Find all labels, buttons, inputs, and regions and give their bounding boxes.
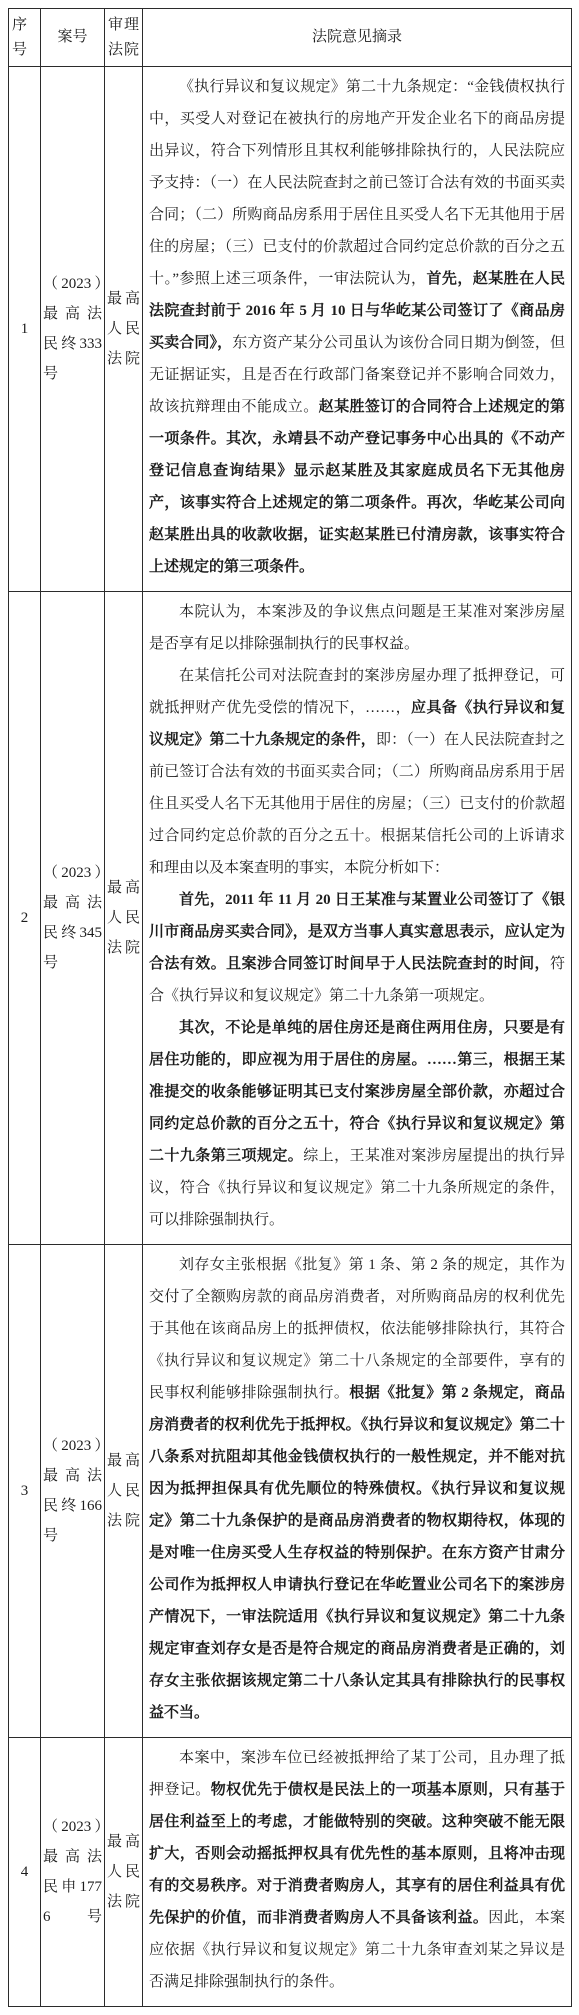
opinion-text: 本院认为，本案涉及的争议焦点问题是王某准对案涉房屋是否享有足以排除强制执行的民事… xyxy=(149,604,565,652)
court-cell: 最高人民法院 xyxy=(105,1245,143,1738)
court-cell: 最高人民法院 xyxy=(105,592,143,1245)
table-row: 3（2023）最高法民终166号最高人民法院刘存女主张根据《批复》第 1 条、第… xyxy=(9,1245,572,1738)
opinion-paragraph: 在某信托公司对法院查封的案涉房屋办理了抵押登记，可就抵押财产优先受偿的情况下，…… xyxy=(149,660,565,884)
opinion-text-bold: 其次，不论是单纯的居住房还是商住两用住房，只要是有居住功能的，即应视为用于居住的… xyxy=(149,1020,565,1164)
opinion-text: 即：（一）在人民法院查封之前已签订合法有效的书面买卖合同；（二）所购商品房系用于… xyxy=(149,732,565,876)
opinion-paragraph: 《执行异议和复议规定》第二十九条规定：“金钱债权执行中，买受人对登记在被执行的房… xyxy=(149,71,565,583)
court-opinions-table: 序号 案号 审理法院 法院意见摘录 1（2023）最高法民终333号最高人民法院… xyxy=(8,8,572,2007)
opinion-text-bold: 根据《批复》第 2 条规定，商品房消费者的权利优先于抵押权。《执行异议和复议规定… xyxy=(149,1385,565,1721)
opinion-paragraph: 首先，2011 年 11 月 20 日王某准与某置业公司签订了《银川市商品房买卖… xyxy=(149,884,565,1012)
column-header-seq: 序号 xyxy=(9,9,41,67)
opinion-paragraph: 刘存女主张根据《批复》第 1 条、第 2 条的规定，其作为交付了全额购房款的商品… xyxy=(149,1249,565,1729)
opinion-text: 《执行异议和复议规定》第二十九条规定：“金钱债权执行中，买受人对登记在被执行的房… xyxy=(149,79,565,287)
opinion-cell: 本案中，案涉车位已经被抵押给了某丁公司，且办理了抵押登记。物权优先于债权是民法上… xyxy=(143,1738,572,2007)
court-cell: 最高人民法院 xyxy=(105,1738,143,2007)
case-no-cell: （2023）最高法民终166号 xyxy=(41,1245,105,1738)
seq-cell: 2 xyxy=(9,592,41,1245)
table-body: 1（2023）最高法民终333号最高人民法院《执行异议和复议规定》第二十九条规定… xyxy=(9,67,572,2007)
case-no-cell: （2023）最高法民终345号 xyxy=(41,592,105,1245)
table-row: 2（2023）最高法民终345号最高人民法院本院认为，本案涉及的争议焦点问题是王… xyxy=(9,592,572,1245)
opinion-paragraph: 本案中，案涉车位已经被抵押给了某丁公司，且办理了抵押登记。物权优先于债权是民法上… xyxy=(149,1742,565,1998)
table-row: 4（2023）最高法民申1776号最高人民法院本案中，案涉车位已经被抵押给了某丁… xyxy=(9,1738,572,2007)
opinion-paragraph: 其次，不论是单纯的居住房还是商住两用住房，只要是有居住功能的，即应视为用于居住的… xyxy=(149,1012,565,1236)
case-no-cell: （2023）最高法民申1776号 xyxy=(41,1738,105,2007)
column-header-opinion: 法院意见摘录 xyxy=(143,9,572,67)
column-header-court: 审理法院 xyxy=(105,9,143,67)
column-header-case-no: 案号 xyxy=(41,9,105,67)
seq-cell: 1 xyxy=(9,67,41,592)
header-row: 序号 案号 审理法院 法院意见摘录 xyxy=(9,9,572,67)
case-no-cell: （2023）最高法民终333号 xyxy=(41,67,105,592)
opinion-cell: 刘存女主张根据《批复》第 1 条、第 2 条的规定，其作为交付了全额购房款的商品… xyxy=(143,1245,572,1738)
seq-cell: 3 xyxy=(9,1245,41,1738)
opinion-text-bold: 物权优先于债权是民法上的一项基本原则，只有基于居住利益至上的考虑，才能做特别的突… xyxy=(149,1782,565,1926)
opinion-cell: 《执行异议和复议规定》第二十九条规定：“金钱债权执行中，买受人对登记在被执行的房… xyxy=(143,67,572,592)
table-row: 1（2023）最高法民终333号最高人民法院《执行异议和复议规定》第二十九条规定… xyxy=(9,67,572,592)
seq-cell: 4 xyxy=(9,1738,41,2007)
opinion-text: 刘存女主张根据《批复》第 1 条、第 2 条的规定，其作为交付了全额购房款的商品… xyxy=(149,1257,565,1401)
court-cell: 最高人民法院 xyxy=(105,67,143,592)
opinion-paragraph: 本院认为，本案涉及的争议焦点问题是王某准对案涉房屋是否享有足以排除强制执行的民事… xyxy=(149,596,565,660)
opinion-text-bold: 赵某胜签订的合同符合上述规定的第一项条件。其次，永靖县不动产登记事务中心出具的《… xyxy=(149,399,565,575)
opinion-text-bold: 首先，2011 年 11 月 20 日王某准与某置业公司签订了《银川市商品房买卖… xyxy=(149,892,565,972)
document-page: 序号 案号 审理法院 法院意见摘录 1（2023）最高法民终333号最高人民法院… xyxy=(0,0,579,2015)
opinion-cell: 本院认为，本案涉及的争议焦点问题是王某准对案涉房屋是否享有足以排除强制执行的民事… xyxy=(143,592,572,1245)
